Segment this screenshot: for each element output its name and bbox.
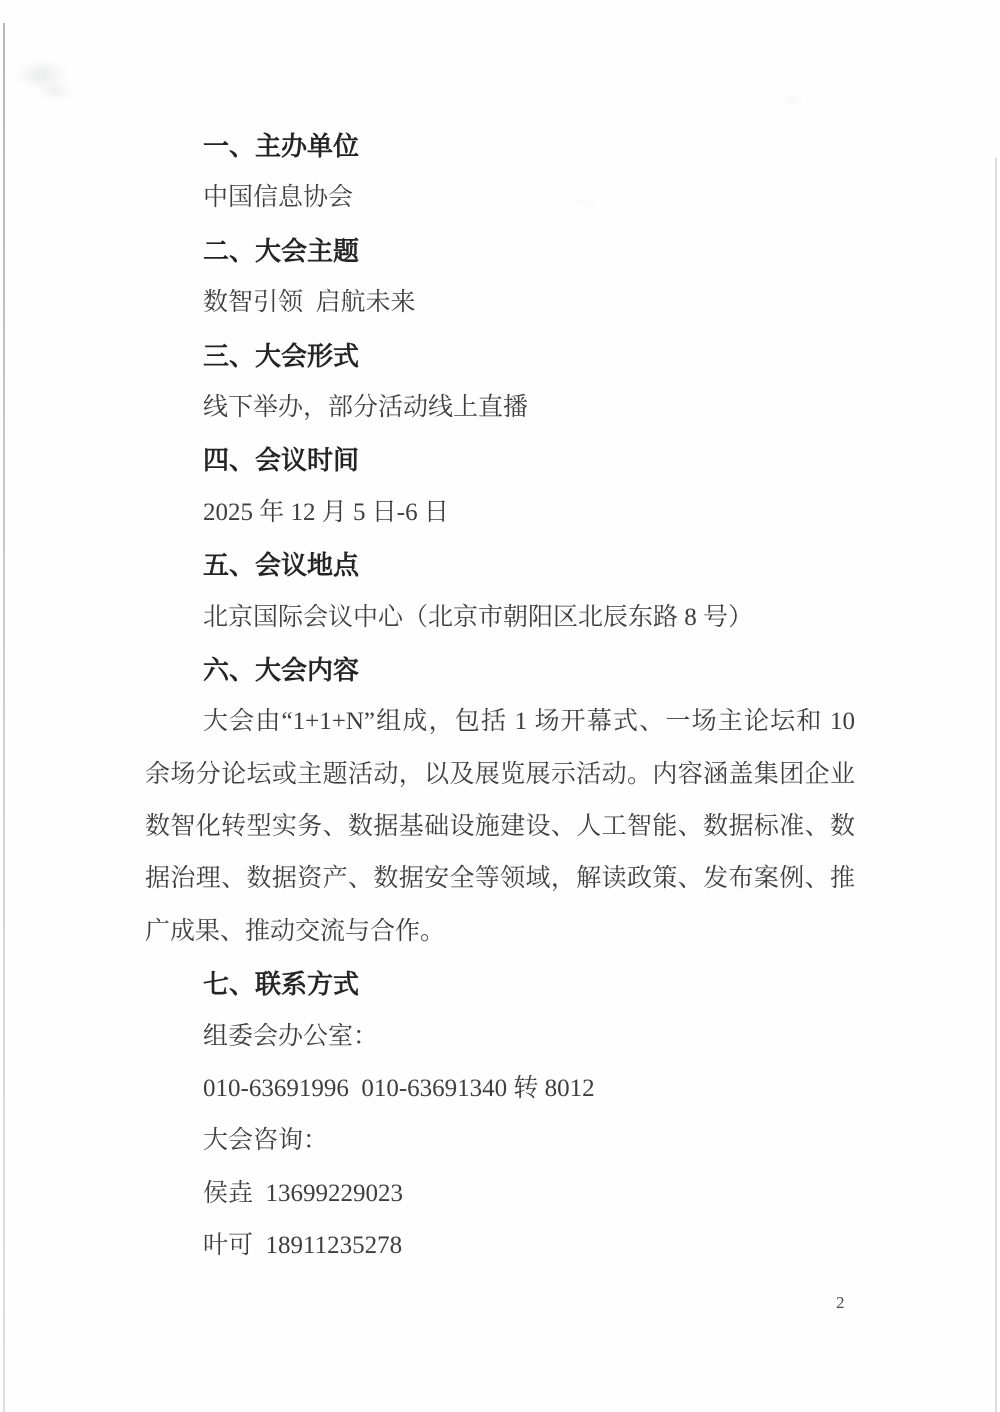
section-3-heading: 三、大会形式 bbox=[145, 330, 855, 382]
section-1-heading: 一、主办单位 bbox=[145, 120, 855, 172]
contact-office-phones: 010-63691996 010-63691340 转 8012 bbox=[145, 1063, 855, 1115]
scan-edge-left-line bbox=[3, 23, 5, 1412]
section-6-paragraph-line: 余场分论坛或主题活动，以及展览展示活动。内容涵盖集团企业 bbox=[145, 749, 855, 801]
section-1-body-line: 中国信息协会 bbox=[145, 172, 855, 224]
section-4-heading: 四、会议时间 bbox=[145, 434, 855, 486]
contact-person-2: 叶可 18911235278 bbox=[145, 1220, 855, 1272]
section-2-body-line: 数智引领 启航未来 bbox=[145, 277, 855, 329]
section-6-heading: 六、大会内容 bbox=[145, 644, 855, 696]
page-number: 2 bbox=[836, 1292, 845, 1314]
section-7-heading: 七、联系方式 bbox=[145, 958, 855, 1010]
document-page: 一、主办单位 中国信息协会 二、大会主题 数智引领 启航未来 三、大会形式 线下… bbox=[0, 0, 1000, 1412]
section-4-body-line: 2025 年 12 月 5 日-6 日 bbox=[145, 487, 855, 539]
scan-smudge bbox=[784, 94, 802, 106]
section-6-paragraph-line: 大会由“1+1+N”组成，包括 1 场开幕式、一场主论坛和 10 bbox=[145, 696, 855, 748]
section-6-paragraph-line: 广成果、推动交流与合作。 bbox=[145, 906, 855, 958]
section-6-paragraph-line: 据治理、数据资产、数据安全等领域，解读政策、发布案例、推 bbox=[145, 853, 855, 905]
scan-edge-right-line bbox=[995, 158, 997, 1412]
section-3-body-line: 线下举办，部分活动线上直播 bbox=[145, 382, 855, 434]
contact-person-1: 侯垚 13699229023 bbox=[145, 1168, 855, 1220]
contact-office-label: 组委会办公室： bbox=[145, 1011, 855, 1063]
section-2-heading: 二、大会主题 bbox=[145, 225, 855, 277]
section-6-paragraph-line: 数智化转型实务、数据基础设施建设、人工智能、数据标准、数 bbox=[145, 801, 855, 853]
scan-smudge bbox=[38, 82, 72, 100]
section-5-heading: 五、会议地点 bbox=[145, 539, 855, 591]
section-5-body-line: 北京国际会议中心（北京市朝阳区北辰东路 8 号） bbox=[145, 592, 855, 644]
document-body: 一、主办单位 中国信息协会 二、大会主题 数智引领 启航未来 三、大会形式 线下… bbox=[145, 120, 855, 1273]
contact-consult-label: 大会咨询： bbox=[145, 1115, 855, 1167]
